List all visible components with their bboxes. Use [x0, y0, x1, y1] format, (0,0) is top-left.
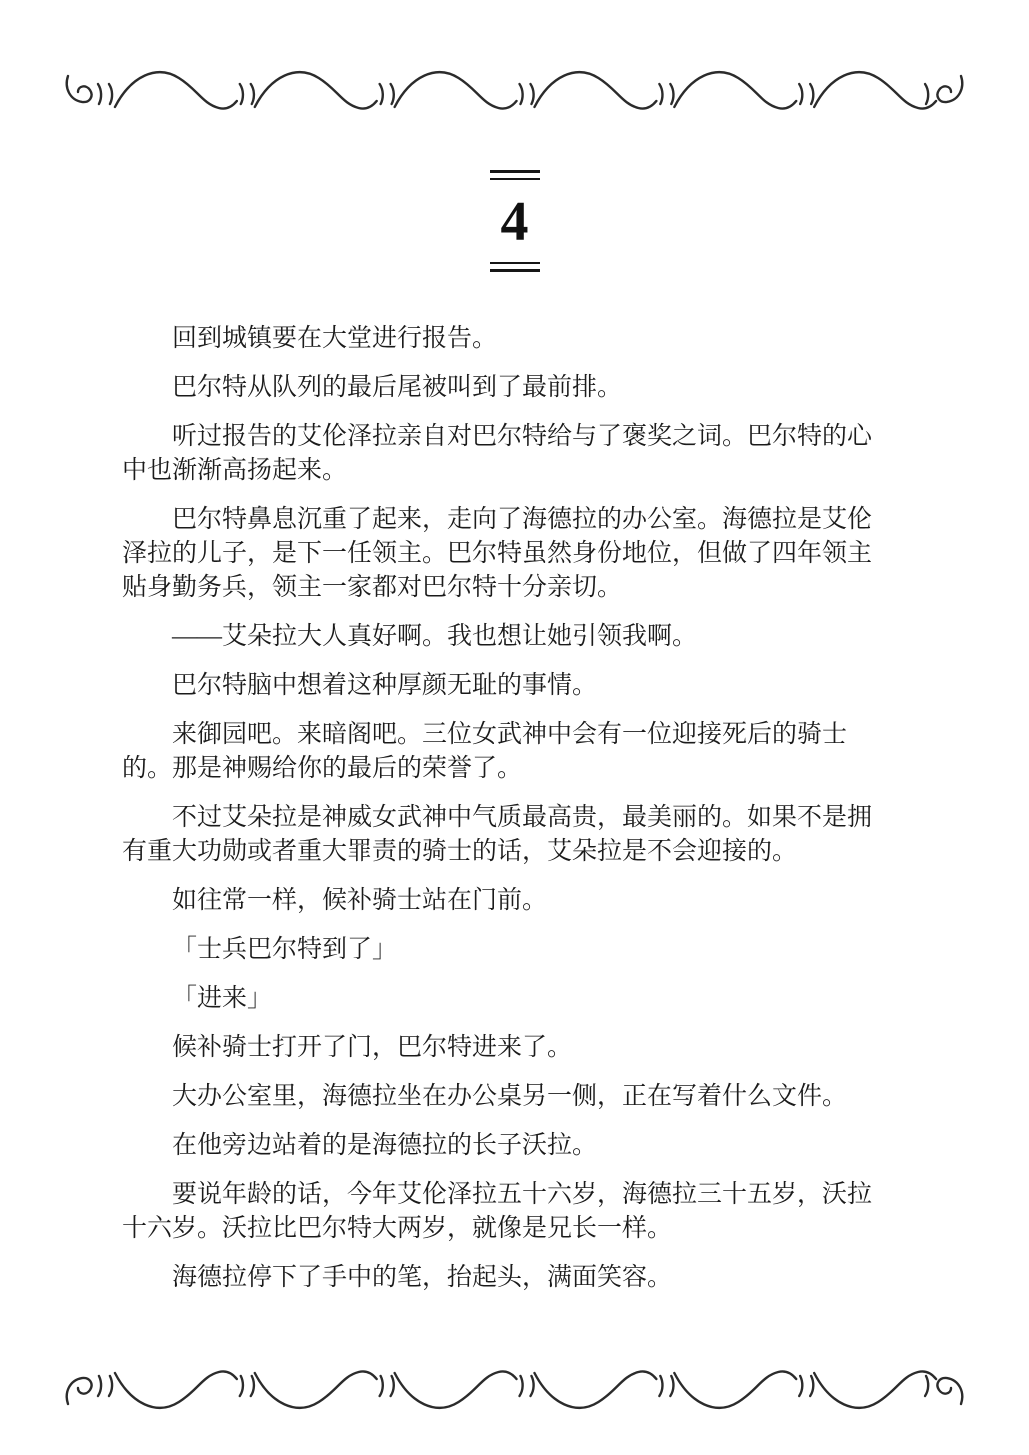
paragraph-1: 回到城镇要在大堂进行报告。	[122, 322, 892, 356]
paragraph-8: 不过艾朵拉是神威女武神中气质最高贵，最美丽的。如果不是拥有重大功勋或者重大罪责的…	[122, 801, 892, 869]
paragraph-3: 听过报告的艾伦泽拉亲自对巴尔特给与了褒奖之词。巴尔特的心中也渐渐高扬起来。	[122, 420, 892, 488]
paragraph-13: 大办公室里，海德拉坐在办公桌另一侧，正在写着什么文件。	[122, 1080, 892, 1114]
scroll-flourish-icon	[60, 1348, 969, 1420]
chapter-body: 回到城镇要在大堂进行报告。 巴尔特从队列的最后尾被叫到了最前排。 听过报告的艾伦…	[122, 322, 892, 1310]
chapter-number: 4	[0, 180, 1029, 262]
paragraph-16: 海德拉停下了手中的笔，抬起头，满面笑容。	[122, 1261, 892, 1295]
paragraph-5: ——艾朵拉大人真好啊。我也想让她引领我啊。	[122, 620, 892, 654]
top-ornament	[60, 60, 969, 132]
paragraph-2: 巴尔特从队列的最后尾被叫到了最前排。	[122, 371, 892, 405]
scroll-flourish-icon	[60, 60, 969, 132]
paragraph-11: 「进来」	[122, 982, 892, 1016]
paragraph-10: 「士兵巴尔特到了」	[122, 933, 892, 967]
paragraph-9: 如往常一样，候补骑士站在门前。	[122, 884, 892, 918]
paragraph-6: 巴尔特脑中想着这种厚颜无耻的事情。	[122, 669, 892, 703]
paragraph-15: 要说年龄的话，今年艾伦泽拉五十六岁，海德拉三十五岁，沃拉十六岁。沃拉比巴尔特大两…	[122, 1178, 892, 1246]
chapter-heading: 4	[0, 170, 1029, 272]
book-page: 4 回到城镇要在大堂进行报告。 巴尔特从队列的最后尾被叫到了最前排。 听过报告的…	[0, 0, 1029, 1455]
paragraph-12: 候补骑士打开了门，巴尔特进来了。	[122, 1031, 892, 1065]
paragraph-4: 巴尔特鼻息沉重了起来，走向了海德拉的办公室。海德拉是艾伦泽拉的儿子，是下一任领主…	[122, 503, 892, 605]
paragraph-14: 在他旁边站着的是海德拉的长子沃拉。	[122, 1129, 892, 1163]
paragraph-7: 来御园吧。来暗阁吧。三位女武神中会有一位迎接死后的骑士的。那是神赐给你的最后的荣…	[122, 718, 892, 786]
rule-bottom-thick	[490, 269, 540, 272]
bottom-ornament	[60, 1348, 969, 1420]
